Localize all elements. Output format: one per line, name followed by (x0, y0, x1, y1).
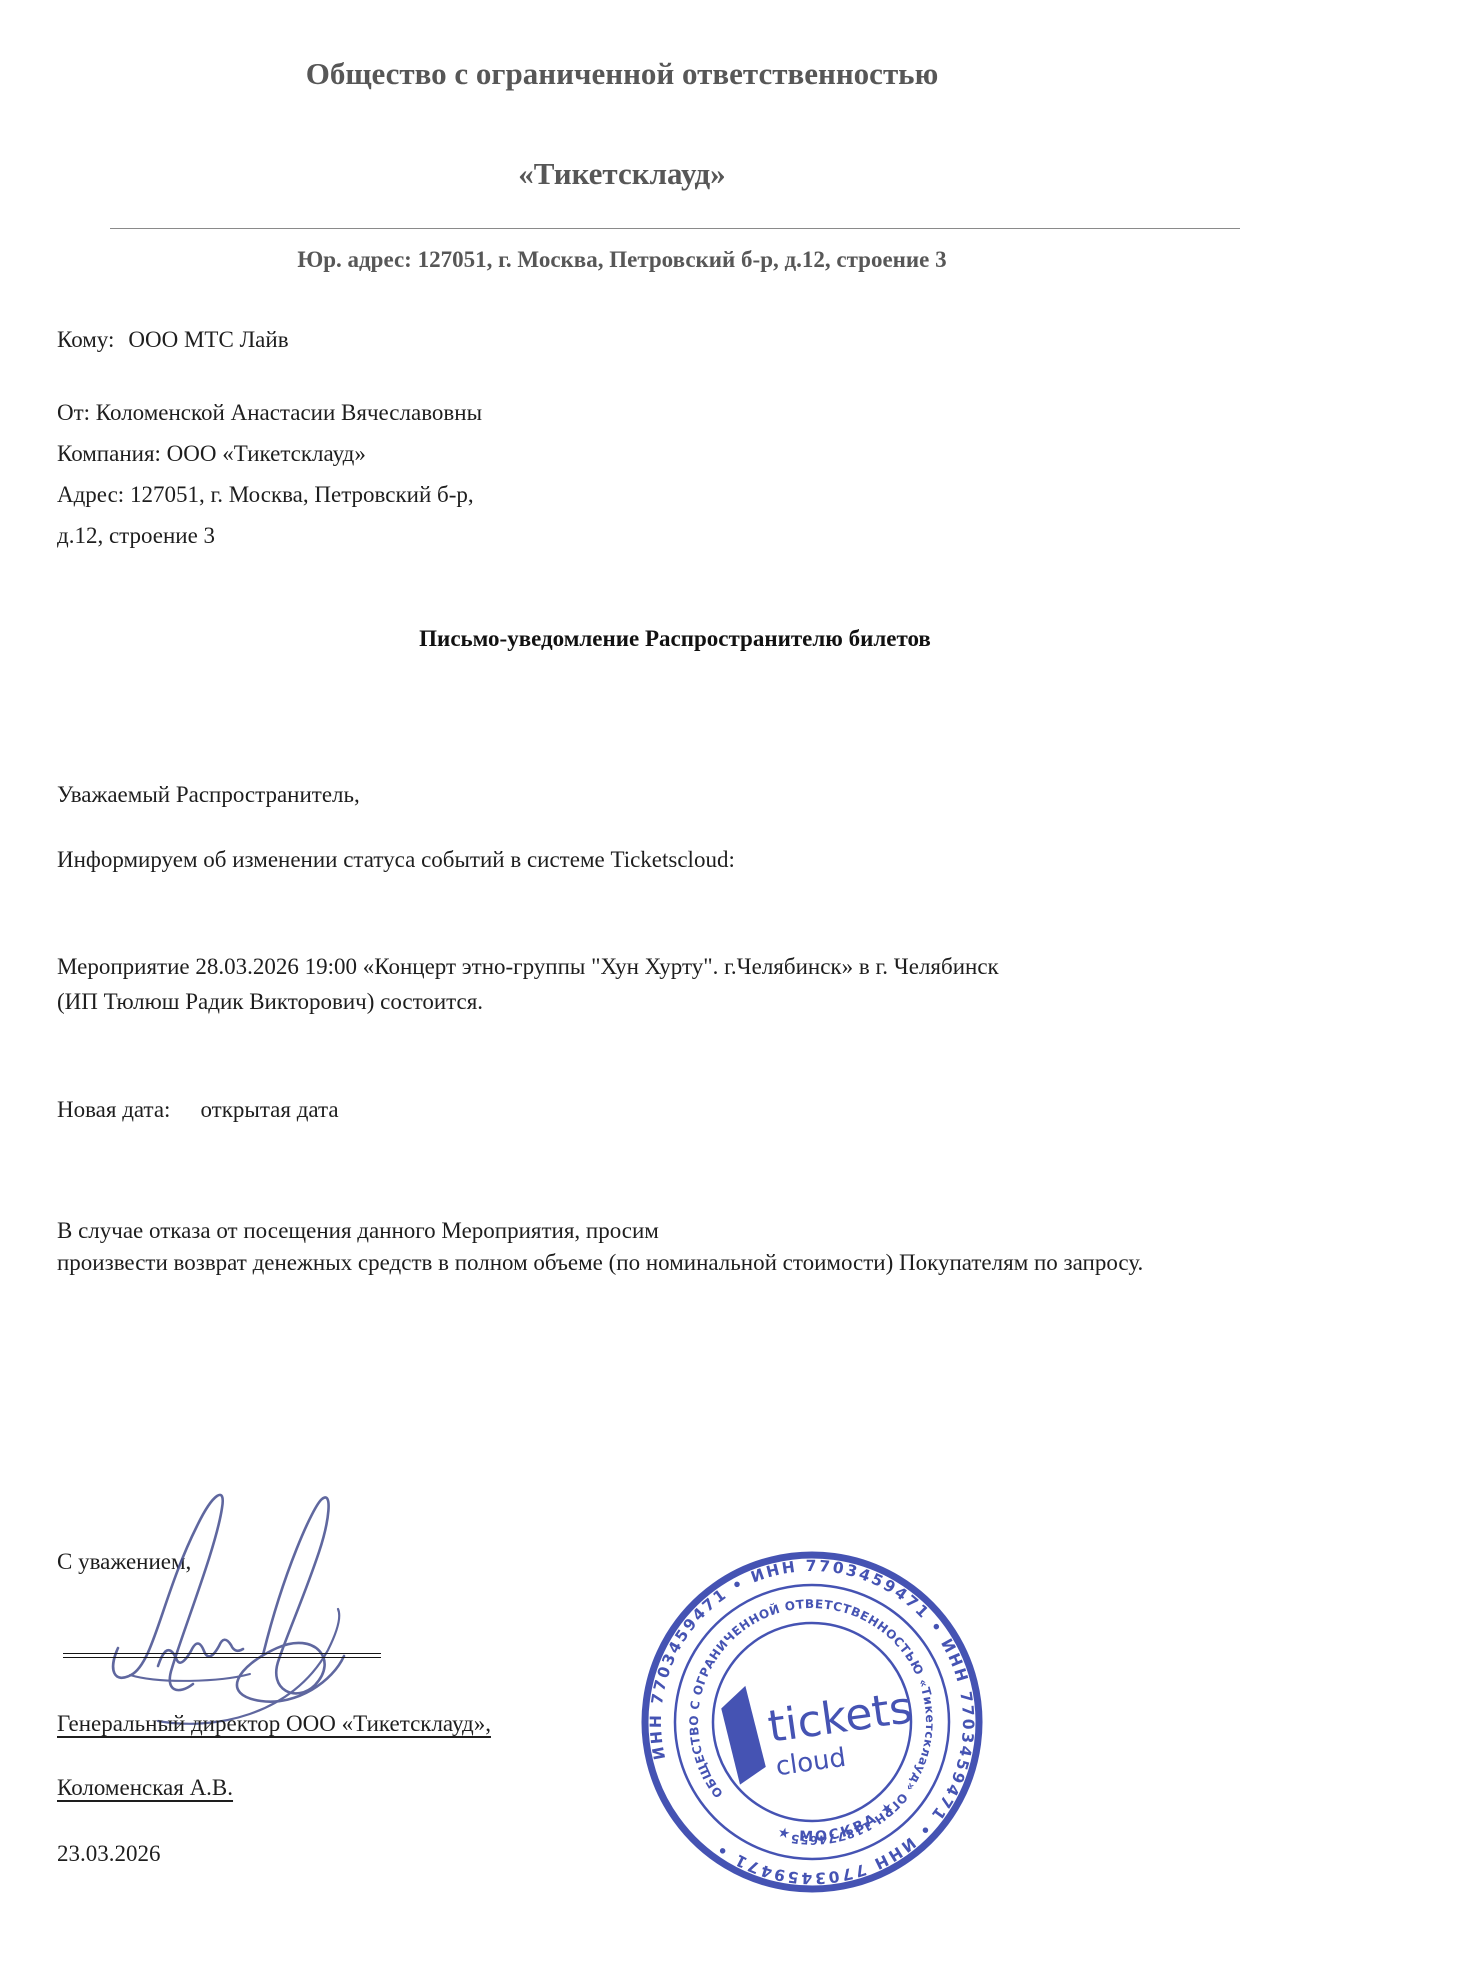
signature-stroke (113, 1495, 223, 1690)
sender-address-line2: д.12, строение 3 (57, 515, 1297, 556)
letter-subject: Письмо-уведомление Распространителю биле… (110, 624, 1240, 654)
sender-address-line1: Адрес: 127051, г. Москва, Петровский б-р… (57, 474, 1297, 515)
letterhead-divider (110, 228, 1240, 229)
greeting-line: Уважаемый Распространитель, (57, 780, 1297, 810)
stamp-city-text: ★ МОСКВА ★ (773, 1795, 904, 1856)
sender-company-line: Компания: ООО «Тикетсклауд» (57, 433, 1297, 474)
new-date-label: Новая дата: (57, 1097, 170, 1122)
event-line1: Мероприятие 28.03.2026 19:00 «Концерт эт… (57, 949, 1297, 984)
recipient-label: Кому: (57, 327, 114, 352)
director-name-line: Коломенская А.В. (57, 1772, 233, 1804)
event-line2: (ИП Тюлюш Радик Викторович) состоится. (57, 984, 1297, 1019)
org-type-heading: Общество с ограниченной ответственностью (57, 0, 1187, 92)
letter-date: 23.03.2026 (57, 1838, 161, 1870)
event-paragraph: Мероприятие 28.03.2026 19:00 «Концерт эт… (57, 949, 1297, 1019)
letter-page: Общество с ограниченной ответственностью… (0, 0, 1462, 1966)
director-title-line: Генеральный директор ООО «Тикетсклауд», (57, 1708, 491, 1740)
signature-stroke (237, 1497, 344, 1701)
refund-paragraph: В случае отказа от посещения данного Мер… (57, 1215, 1297, 1279)
recipient-value: ООО МТС Лайв (128, 327, 288, 352)
sender-from-line: От: Коломенской Анастасии Вячеславовны (57, 392, 1297, 433)
intro-line: Информируем об изменении статуса событий… (57, 845, 1297, 875)
ticketscloud-logo-text: tickets (765, 1682, 916, 1753)
signature-line (63, 1653, 381, 1658)
recipient-line: Кому:ООО МТС Лайв (57, 319, 1297, 360)
signature-image (100, 1478, 400, 1728)
refund-line2: произвести возврат денежных средств в по… (57, 1247, 1297, 1279)
refund-line1: В случае отказа от посещения данного Мер… (57, 1215, 1297, 1247)
sender-block: От: Коломенской Анастасии Вячеславовны К… (57, 392, 1297, 556)
new-date-line: Новая дата:открытая дата (57, 1095, 1297, 1125)
letter-content: Общество с ограниченной ответственностью… (0, 0, 1462, 1577)
company-stamp: ИНН 7703459471 • ИНН 7703459471 • ИНН 77… (636, 1546, 988, 1898)
new-date-value: открытая дата (200, 1097, 338, 1122)
signature-stroke (130, 1674, 250, 1681)
ticketscloud-logo: tickets cloud (719, 1663, 920, 1788)
org-name-heading: «Тикетсклауд» (57, 156, 1187, 192)
svg-text:★ МОСКВА ★: ★ МОСКВА ★ (773, 1795, 904, 1856)
legal-address-line: Юр. адрес: 127051, г. Москва, Петровский… (57, 245, 1187, 275)
